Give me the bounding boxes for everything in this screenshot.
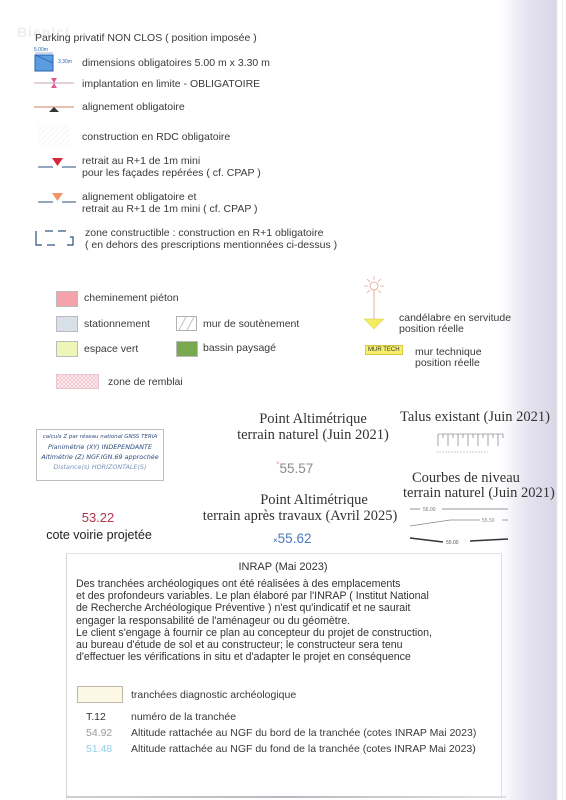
parking-dim-side: 3.30m [58,59,72,65]
row-fond-text: Altitude rattachée au NGF du fond de la … [131,743,476,755]
inrap-line-5: Le client s'engage à fournir ce plan au … [76,627,432,639]
courbes-title2: terrain naturel (Juin 2021) [403,485,555,501]
courbes-niveau-icon: 56.00 55.50 55.00 [408,503,508,547]
coordinate-info-box: calculs Z par réseau national GNSS TERIA… [36,429,164,481]
info-line-1: calculs Z par réseau national GNSS TERIA [37,432,163,442]
zone-constructible-dashed-icon [33,226,81,248]
label-bassin-paysage: bassin paysagé [203,342,276,354]
swatch-zone-remblai [56,374,100,390]
inrap-line-3: de Recherche Archéologique Préventive ) … [76,602,432,614]
info-line-3: Altimétrie (Z) NGF.IGN.69 approchée [37,452,163,462]
candelabre-icon [360,273,390,333]
swatch-stationnement [56,316,78,332]
code-bord: 54.92 [86,727,112,739]
label-cheminement-pieton: cheminement piéton [84,292,179,304]
legend-rdc: construction en RDC obligatoire [82,131,230,143]
inrap-line-1: Des tranchées archéologiques ont été réa… [76,578,432,590]
code-t12: T.12 [86,711,106,723]
swatch-tranchee [77,686,123,703]
swatch-bassin-paysage [176,341,198,357]
legend-retrait-line2: pour les façades repérées ( cf. CPAP ) [82,167,261,179]
label-mur-soutenement: mur de soutènement [203,318,299,330]
point-travaux-title2: terrain après travaux (Avril 2025) [195,508,405,524]
inrap-title: INRAP (Mai 2023) [66,561,500,573]
point-naturel-title2: terrain naturel (Juin 2021) [228,427,398,443]
parking-dim-top: 5.00m [34,47,48,53]
courbe-label-56: 56.00 [423,507,436,513]
swatch-cheminement-pieton [56,291,78,307]
point-travaux-number: 55.62 [278,531,312,546]
row-bord-text: Altitude rattachée au NGF du bord de la … [131,727,476,739]
label-zone-remblai: zone de remblai [108,376,183,388]
legend-alignement-retrait-line2: retrait au R+1 de 1m mini ( cf. CPAP ) [82,203,258,215]
point-travaux-title1: Point Altimétrique [224,492,404,508]
legend-implantation: implantation en limite - OBLIGATOIRE [82,78,260,90]
point-naturel-value: ×55.57 [276,461,313,476]
mur-tech-line2: position réelle [415,357,480,369]
tranchee-label: tranchées diagnostic archéologique [131,689,296,701]
parking-dimensions: dimensions obligatoires 5.00 m x 3.30 m [82,57,270,69]
inrap-paragraph: Des tranchées archéologiques ont été réa… [76,578,432,663]
code-fond: 51.48 [86,743,112,755]
point-naturel-number: 55.57 [280,461,314,476]
mur-tech-badge: MUR TECH [365,345,403,355]
swatch-mur-soutenement [176,316,198,332]
row-t12-text: numéro de la tranchée [131,711,236,723]
legend-alignement: alignement obligatoire [82,101,185,113]
courbe-label-55: 55.00 [446,540,459,546]
bottom-rule [66,796,506,798]
legend-zone-line2: ( en dehors des prescriptions mentionnée… [85,239,337,251]
swatch-espace-vert [56,341,78,357]
retrait-red-triangle-icon [38,155,78,169]
alignement-icon [34,100,74,114]
inrap-line-4: engager la responsabilité de l'aménageur… [76,615,432,627]
legend-retrait-line1: retrait au R+1 de 1m mini [82,155,200,167]
rdc-hatch-icon [34,124,74,146]
implantation-limite-icon [34,76,74,90]
legend-alignement-retrait-line1: alignement obligatoire et [82,191,196,203]
info-line-2: Planimétrie (XY) INDEPENDANTE [37,442,163,452]
alignement-orange-triangle-icon [38,190,78,204]
page-edge-line [562,0,563,800]
talus-symbol-icon [428,430,508,456]
label-espace-vert: espace vert [84,343,138,355]
info-line-4: Distance(s) HORIZONTALE(S) [37,462,163,472]
talus-title: Talus existant (Juin 2021) [400,409,550,425]
inrap-line-7: d'effectuer les vérifications in situ et… [76,651,432,663]
inrap-line-6: au bureau d'étude de sol et au construct… [76,639,432,651]
inrap-line-2: et des profondeurs variables. Le plan él… [76,590,432,602]
cote-voirie-value: 53.22 [62,510,134,525]
cote-voirie-label: cote voirie projetée [44,528,154,542]
point-travaux-value: ×55.62 [273,531,311,546]
point-naturel-title1: Point Altimétrique [228,411,398,427]
courbes-title1: Courbes de niveau [412,470,520,486]
label-stationnement: stationnement [84,318,150,330]
parking-title: Parking privatif NON CLOS ( position imp… [35,32,257,44]
legend-zone-line1: zone constructible : construction en R+1… [85,227,323,239]
courbe-label-55-50: 55.50 [482,518,495,524]
candelabre-line2: position réelle [399,323,464,335]
page-edge-shadow [500,0,566,800]
